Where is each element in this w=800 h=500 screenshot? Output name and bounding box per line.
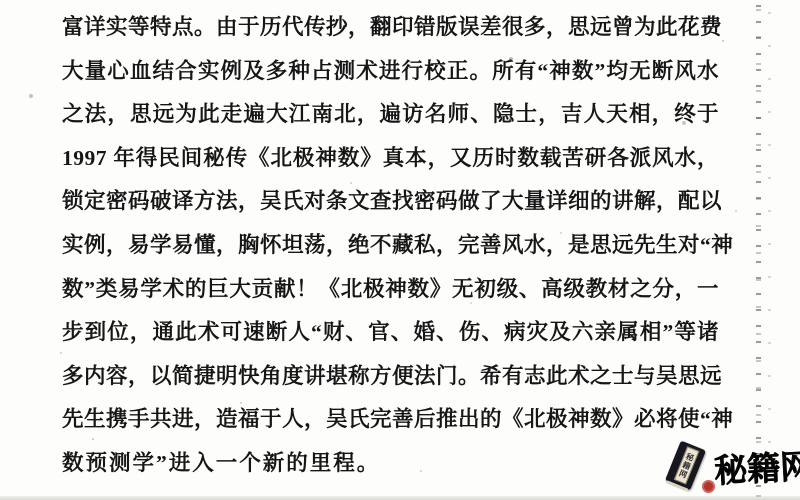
text-line: 1997 年得民间秘传《北极神数》真本，又历时数载苦研各派风水， [62,137,719,181]
book-label-text: 秘籍网 [677,451,695,479]
text-line: 数”类易学术的巨大贡献！《北极神数》无初级、高级教材之分，一 [62,268,719,312]
scan-noise-column [756,0,761,500]
text-line: 富详实等特点。由于历代传抄，翻印错版误差很多，思远曾为此花费 [62,6,719,50]
text-line: 实例，易学易懂，胸怀坦荡，绝不藏私，完善风水，是思远先生对“神 [62,224,719,268]
book-label: 秘籍网 [674,446,700,484]
scanned-page: 富详实等特点。由于历代传抄，翻印错版误差很多，思远曾为此花费 大量心血结合实例及… [0,0,800,500]
watermark-text: 秘籍网 [713,450,800,490]
text-line: 数预测学”进入一个新的里程。 [62,442,719,486]
scan-specks [0,0,2,2]
paragraph: 富详实等特点。由于历代传抄，翻印错版误差很多，思远曾为此花费 大量心血结合实例及… [62,6,719,486]
text-line: 之法，思远为此走遍大江南北，遍访名师、隐士，吉人天相，终于 [62,93,719,137]
text-line: 先生携手共进，造福于人，吴氏完善后推出的《北极神数》必将使“神 [62,398,719,442]
seal-icon [702,480,715,493]
scan-noise-column [768,0,771,500]
text-line: 多内容，以简捷明快角度讲堪称方便法门。希有志此术之士与吴思远 [62,355,719,399]
text-line: 大量心血结合实例及多种占测术进行校正。所有“神数”均无断风水 [62,50,719,94]
watermark: 秘籍网 秘籍网 [650,438,800,500]
text-line: 步到位，通此术可速断人“财、官、婚、伤、病灾及六亲属相”等诸 [62,311,719,355]
book-icon: 秘籍网 [665,441,706,491]
text-line: 锁定密码破译方法，吴氏对条文查找密码做了大量详细的讲解，配以 [62,180,719,224]
